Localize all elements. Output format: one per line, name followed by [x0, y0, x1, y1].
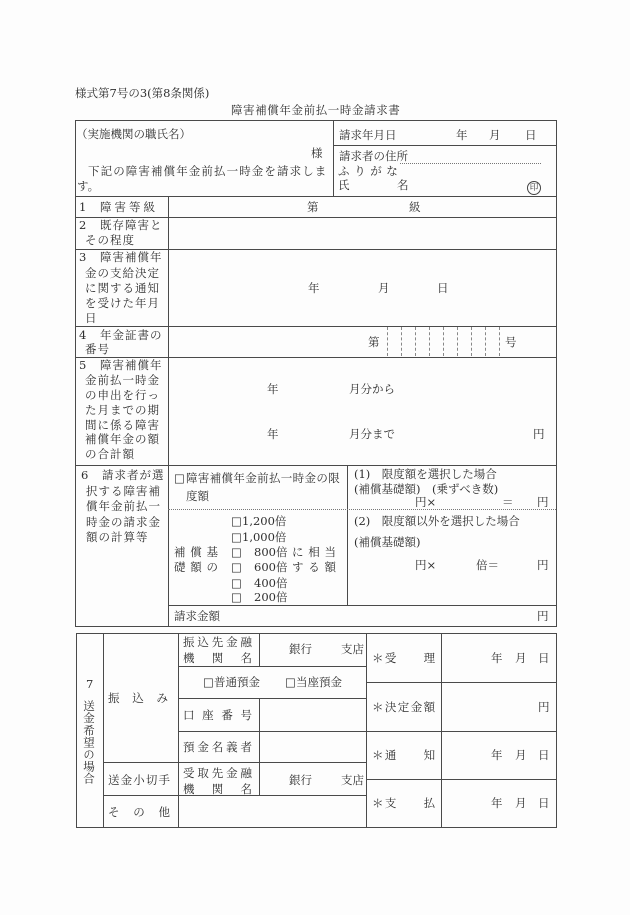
row-label-line: に関する通知 [85, 281, 160, 295]
notice-year: 年 [308, 281, 320, 295]
statement-line-2: す。 [77, 179, 99, 193]
claim-amount-label: 請求金額 [174, 609, 220, 623]
row-label-line: た月までの期 [85, 403, 160, 417]
row-number: 2 [79, 218, 86, 232]
seal-icon: 印 [527, 181, 541, 195]
row-label-line: 金前払一時金 [85, 373, 160, 387]
claim-amount-yen: 円 [537, 609, 549, 623]
label-glyph: 口 [183, 708, 195, 722]
form-number: 様式第7号の3(第8条関係) [75, 86, 209, 100]
receiving-bank-label: 受取先金融 [183, 766, 252, 780]
label-glyph: 受 [183, 766, 195, 780]
table-border-right [556, 633, 557, 827]
digit-cell-divider [471, 327, 472, 356]
notice-month: 月 [378, 281, 390, 295]
row-label: 障害等級 [100, 200, 155, 214]
case1-subtitle: (補償基礎額) (乗ずべき数) [354, 482, 498, 496]
column-line [259, 633, 260, 666]
label-glyph: 礎 [174, 560, 186, 574]
office-receipt-month: 月 [515, 651, 527, 665]
row-number: 6 [81, 468, 88, 482]
agency-label: （実施機関の職氏名） [76, 127, 191, 141]
label-glyph: 機 [183, 782, 195, 796]
row-label-line: 障害補償年 [100, 250, 163, 264]
base-amount-label: 補償基 [174, 545, 218, 559]
row-line [75, 196, 557, 197]
receiving-bank-label-cont: 機関名 [183, 782, 252, 796]
label-glyph: 小 [133, 773, 145, 787]
row-line [75, 465, 557, 466]
label-glyph: す [292, 560, 304, 574]
label-glyph: 当 [325, 545, 337, 559]
column-line [441, 633, 442, 827]
honorific: 様 [311, 146, 323, 160]
digit-cell-divider [499, 327, 500, 356]
remittance-title: 送金希望の場合 [83, 700, 95, 785]
row-line [366, 731, 557, 732]
multiplier-checkbox-1000[interactable]: □ [231, 530, 242, 544]
address-underline [400, 163, 541, 164]
period-from-month: 月分から [349, 382, 395, 396]
multiplier-label: 800倍 [254, 545, 287, 559]
header-divider [333, 120, 334, 196]
row-line [366, 682, 557, 683]
row-number: 1 [79, 200, 86, 214]
transfer-bank-label-cont: 機関名 [183, 651, 252, 665]
label-glyph: 等 [129, 200, 141, 214]
case1-yen-times: 円× [415, 495, 436, 509]
date-row-divider [333, 145, 557, 146]
row-label-line: 補償年金の額 [85, 432, 160, 446]
request-date-year: 年 [456, 128, 468, 142]
account-holder-label: 預金名義者 [183, 740, 252, 754]
label-glyph: 預 [183, 740, 195, 754]
office-notice-day: 日 [538, 748, 550, 762]
request-date-label: 請求年月日 [339, 128, 397, 142]
office-notice-month: 月 [515, 748, 527, 762]
grade-prefix: 第 [307, 200, 319, 214]
digit-cell-divider [457, 327, 458, 356]
row-label-line: その程度 [85, 233, 135, 247]
label-glyph: 基 [207, 545, 219, 559]
equivalent-label-cont: する額 [292, 560, 336, 574]
row-label-line: 既存障害と [100, 218, 163, 232]
limit-amount-checkbox[interactable]: □ [174, 471, 185, 485]
row-line [103, 762, 366, 763]
limit-amount-label-cont: 度額 [186, 489, 209, 503]
label-glyph: そ [108, 805, 120, 819]
digit-cell-divider [415, 327, 416, 356]
label-glyph: 補 [174, 545, 186, 559]
form-page: 様式第7号の3(第8条関係) 障害補償年金前払一時金請求書 （実施機関の職 [0, 0, 630, 915]
row-label-line: 択する障害補 [86, 484, 161, 498]
multiplier-checkbox-1200[interactable]: □ [231, 514, 242, 528]
label-glyph: 送 [108, 773, 120, 787]
transfer-branch-suffix: 支店 [341, 642, 364, 656]
table-border-bottom [76, 827, 557, 828]
certificate-prefix: 第 [368, 335, 380, 349]
column-line [366, 633, 367, 827]
label-glyph: 障 [100, 200, 112, 214]
label-glyph: 取 [197, 766, 209, 780]
case2-yen: 円 [537, 558, 549, 572]
checking-deposit-label: 当座預金 [296, 675, 342, 689]
notice-day: 日 [437, 281, 449, 295]
multiplier-checkbox-200[interactable]: □ [231, 590, 242, 604]
label-glyph: る [308, 560, 320, 574]
office-payment-day: 日 [538, 796, 550, 810]
request-date-month: 月 [489, 128, 501, 142]
label-glyph: 座 [202, 708, 214, 722]
label-glyph: 振 [108, 691, 120, 705]
label-glyph: 番 [221, 708, 233, 722]
statement-line-1: 下記の障害補償年金前払一時金を請求しま [88, 164, 327, 178]
calc-column-divider [347, 465, 348, 605]
base-amount-label-cont: 礎額の [174, 560, 218, 574]
furigana-label: ふりがな [338, 164, 402, 178]
other-method-label: その他 [108, 805, 170, 819]
office-receipt-label: ＊受 理 [372, 651, 437, 665]
office-decided-amount-yen: 円 [538, 700, 550, 714]
column-line [178, 633, 179, 827]
label-glyph: 金 [226, 766, 238, 780]
multiplier-label: 1,000倍 [242, 530, 286, 544]
office-payment-month: 月 [515, 796, 527, 810]
row-line [178, 731, 366, 732]
label-glyph: 号 [240, 708, 252, 722]
row-label-line: の申出を行っ [85, 388, 160, 402]
label-glyph: 他 [159, 805, 171, 819]
label-glyph: の [207, 560, 219, 574]
digit-cell-divider [485, 327, 486, 356]
column-line [103, 633, 104, 827]
remittance-check-label: 送金小切手 [108, 773, 170, 787]
transfer-label: 振込み [108, 691, 168, 705]
label-glyph: 額 [190, 560, 202, 574]
label-glyph: 融 [241, 766, 253, 780]
label-glyph: 額 [325, 560, 337, 574]
table-border-left [76, 633, 77, 827]
label-column-divider [168, 196, 169, 626]
multiplier-label: 200倍 [254, 590, 287, 604]
label-glyph: 名 [241, 782, 253, 796]
period-to-year: 年 [267, 427, 279, 441]
label-glyph: 先 [212, 635, 224, 649]
label-glyph: 込 [197, 635, 209, 649]
form-title: 障害補償年金前払一時金請求書 [231, 103, 400, 117]
multiplier-label: 400倍 [254, 576, 287, 590]
label-glyph: 手 [159, 773, 171, 787]
digit-cell-divider [429, 327, 430, 356]
label-glyph: 相 [308, 545, 320, 559]
digit-cell-divider [401, 327, 402, 356]
office-payment-label: ＊支 払 [372, 796, 437, 810]
label-glyph: 害 [115, 200, 127, 214]
multiplier-checkbox-400[interactable]: □ [231, 576, 242, 590]
row-label-line: 日 [85, 311, 98, 325]
transfer-bank-label: 振込先金融 [183, 635, 252, 649]
label-glyph: 機 [183, 651, 195, 665]
label-glyph: 義 [226, 740, 238, 754]
row-number: 3 [79, 250, 86, 264]
case1-yen: 円 [537, 495, 549, 509]
period-to-month: 月分まで [349, 427, 395, 441]
row-number: 4 [79, 328, 86, 342]
ordinary-deposit-checkbox[interactable]: □ [203, 675, 214, 689]
multiplier-checkbox-600[interactable]: □ [231, 560, 242, 574]
period-from-year: 年 [267, 382, 279, 396]
receiving-bank-suffix: 銀行 [289, 773, 312, 787]
digit-cell-divider [387, 327, 388, 356]
period-total-yen: 円 [533, 427, 545, 441]
label-glyph: 関 [212, 782, 224, 796]
label-glyph: み [157, 691, 169, 705]
column-line [259, 698, 260, 795]
certificate-suffix: 号 [505, 335, 517, 349]
table-border-top [75, 120, 557, 121]
label-glyph: 先 [212, 766, 224, 780]
office-notice-label: ＊通 知 [372, 748, 437, 762]
row-label-line: の合計額 [85, 447, 135, 461]
case2-subtitle: (補償基礎額) [354, 535, 420, 549]
row-label-line: 時金の請求金 [86, 515, 161, 529]
grade-suffix: 級 [409, 200, 421, 214]
label-glyph: 名 [241, 651, 253, 665]
transfer-bank-suffix: 銀行 [289, 642, 312, 656]
multiplier-label: 1,200倍 [242, 514, 286, 528]
row-line [178, 698, 366, 699]
label-glyph: 者 [241, 740, 253, 754]
row-line [178, 666, 366, 667]
limit-amount-label: 障害補償年金前払一時金の限 [186, 471, 340, 485]
name-label: 氏名 [338, 178, 456, 192]
row-label-line: 金の支給決定 [85, 266, 160, 280]
office-payment-year: 年 [491, 796, 503, 810]
row-label-line: 間に係る障害 [85, 418, 160, 432]
total-row-line [168, 605, 557, 606]
row-label-line: を受けた年月 [85, 296, 160, 310]
label-glyph: に [292, 545, 304, 559]
office-notice-year: 年 [491, 748, 503, 762]
multiplier-checkbox-800[interactable]: □ [231, 545, 242, 559]
account-number-label: 口座番号 [183, 708, 252, 722]
label-glyph: 込 [132, 691, 144, 705]
table-border-top [76, 633, 557, 634]
digit-cell-divider [443, 327, 444, 356]
label-glyph: の [133, 805, 145, 819]
row-label-line: 額の計算等 [86, 530, 149, 544]
label-glyph: 級 [144, 200, 156, 214]
office-receipt-year: 年 [491, 651, 503, 665]
row-label-line: 障害補償年 [100, 358, 163, 372]
label-glyph: 関 [212, 651, 224, 665]
row-label-line: 償年金前払一 [86, 499, 161, 513]
multiplier-label: 600倍 [254, 560, 287, 574]
label-glyph: 償 [190, 545, 202, 559]
case1-equals: ＝ [502, 495, 514, 509]
label-glyph: 金 [197, 740, 209, 754]
label-glyph: 金 [121, 773, 133, 787]
remittance-number: 7 [86, 677, 93, 691]
label-glyph: 切 [146, 773, 158, 787]
row-label-line: 請求者が選 [102, 468, 165, 482]
ordinary-deposit-label: 普通預金 [214, 675, 260, 689]
equivalent-label: に相当 [292, 545, 336, 559]
office-decided-amount-label: ＊決定金額 [372, 700, 437, 714]
receiving-branch-suffix: 支店 [341, 773, 364, 787]
request-date-day: 日 [525, 128, 537, 142]
case1-title: (1) 限度額を選択した場合 [354, 467, 497, 481]
row-label-line: 番号 [85, 342, 110, 356]
case2-yen-times: 円× [415, 558, 436, 572]
address-label: 請求者の住所 [339, 149, 408, 163]
label-glyph: 融 [241, 635, 253, 649]
label-glyph: 金 [226, 635, 238, 649]
case2-title: (2) 限度額以外を選択した場合 [354, 514, 520, 528]
office-receipt-day: 日 [538, 651, 550, 665]
row-line [366, 779, 557, 780]
case2-times-equals: 倍＝ [476, 558, 499, 572]
calc-dashed-divider [168, 509, 556, 510]
table-border-bottom [75, 626, 557, 627]
label-glyph: 名 [212, 740, 224, 754]
checking-deposit-checkbox[interactable]: □ [285, 675, 296, 689]
row-label-line: 年金証書の [100, 328, 163, 342]
row-number: 5 [79, 358, 86, 372]
label-glyph: 振 [183, 635, 195, 649]
